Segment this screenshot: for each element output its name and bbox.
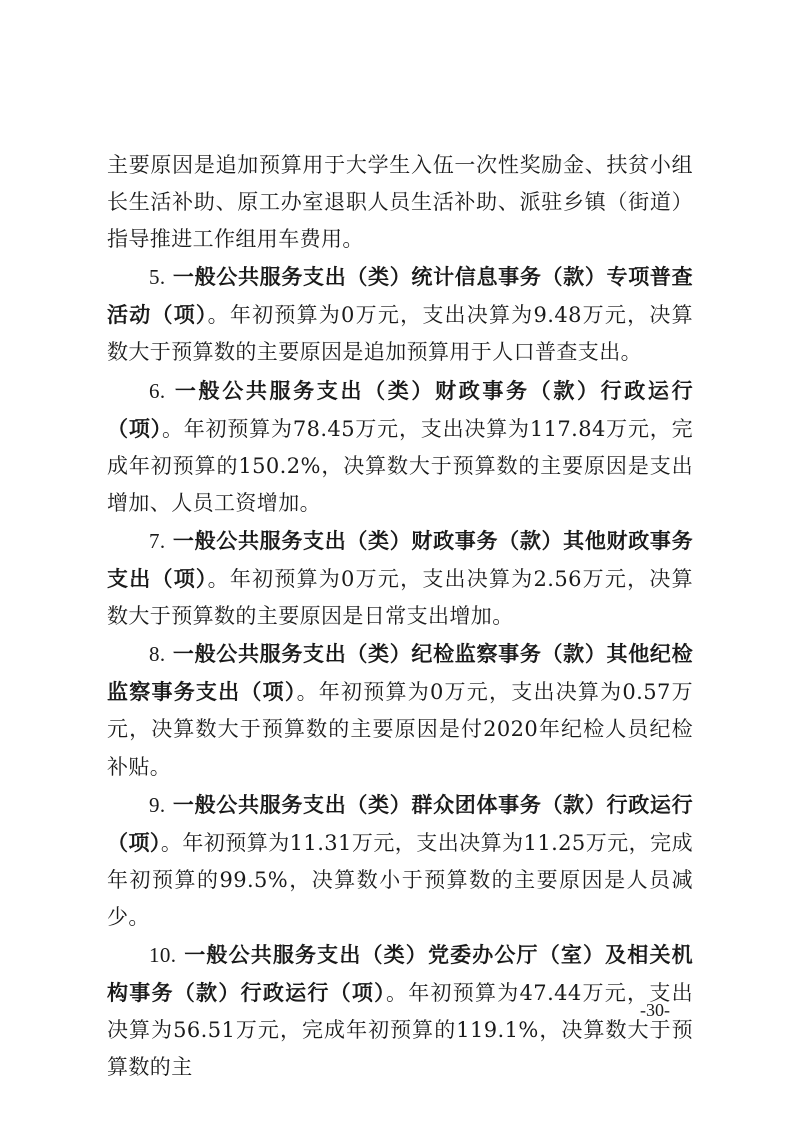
paragraph-item-6: 6. 一般公共服务支出（类）财政事务（款）行政运行（项）。年初预算为78.45万… — [107, 372, 693, 522]
item-number: 8. — [149, 642, 166, 666]
document-page: 主要原因是追加预算用于大学生入伍一次性奖励金、扶贫小组长生活补助、原工办室退职人… — [107, 147, 693, 1086]
paragraph-item-10: 10. 一般公共服务支出（类）党委办公厅（室）及相关机构事务（款）行政运行（项）… — [107, 936, 693, 1086]
paragraph-item-8: 8. 一般公共服务支出（类）纪检监察事务（款）其他纪检监察事务支出（项）。年初预… — [107, 635, 693, 785]
item-number: 5. — [149, 265, 166, 289]
paragraph-item-5: 5. 一般公共服务支出（类）统计信息事务（款）专项普查活动（项）。年初预算为0万… — [107, 258, 693, 371]
paragraph-body: 主要原因是追加预算用于大学生入伍一次性奖励金、扶贫小组长生活补助、原工办室退职人… — [107, 153, 693, 251]
paragraph-item-7: 7. 一般公共服务支出（类）财政事务（款）其他财政事务支出（项）。年初预算为0万… — [107, 522, 693, 635]
page-number: -30- — [640, 1000, 670, 1021]
item-number: 7. — [149, 529, 166, 553]
paragraph-body: 。年初预算为11.31万元，支出决算为11.25万元，完成年初预算的99.5%，… — [107, 831, 693, 929]
paragraph-body: 。年初预算为78.45万元，支出决算为117.84万元，完成年初预算的150.2… — [107, 417, 693, 515]
paragraph-item-9: 9. 一般公共服务支出（类）群众团体事务（款）行政运行（项）。年初预算为11.3… — [107, 786, 693, 936]
paragraph-continuation: 主要原因是追加预算用于大学生入伍一次性奖励金、扶贫小组长生活补助、原工办室退职人… — [107, 147, 693, 258]
item-number: 9. — [149, 793, 166, 817]
item-number: 10. — [149, 943, 176, 967]
item-number: 6. — [149, 379, 166, 403]
